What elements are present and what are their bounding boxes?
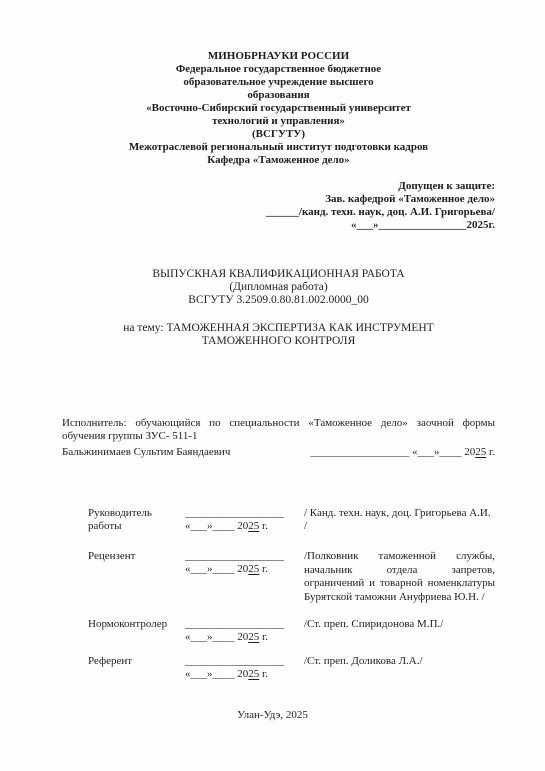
executor-date-pre: «___»____ 20 bbox=[409, 446, 475, 458]
role-label-line-1: Руководитель bbox=[88, 507, 185, 520]
role-signature-line: __________________ bbox=[185, 618, 297, 631]
approval-block: Допущен к защите: Зав. кафедрой «Таможен… bbox=[62, 180, 495, 232]
approval-date-line: «___»________________2025г. bbox=[62, 219, 495, 232]
roles-section: Руководитель работы __________________ «… bbox=[62, 507, 495, 681]
role-row-referent: Референт __________________ «___»____ 20… bbox=[88, 655, 495, 681]
city-year-footer: Улан-Удэ, 2025 bbox=[50, 709, 495, 722]
role-signature-line: __________________ bbox=[185, 507, 297, 520]
role-label-line-1: Референт bbox=[88, 655, 185, 668]
executor-signature-row: Бальжинимаев Сультим Баяндаевич ________… bbox=[62, 446, 495, 459]
role-date-post: г. bbox=[259, 563, 268, 575]
role-date-line: «___»____ 2025 г. bbox=[185, 520, 297, 533]
ministry-line: МИНОБРНАУКИ РОССИИ bbox=[62, 50, 495, 63]
executor-section: Исполнитель: обучающийся по специальност… bbox=[62, 417, 495, 459]
role-date-line: «___»____ 2025 г. bbox=[185, 668, 297, 681]
topic-line-2: ТАМОЖЕННОГО КОНТРОЛЯ bbox=[62, 335, 495, 348]
role-row-reviewer: Рецензент __________________ «___»____ 2… bbox=[88, 550, 495, 604]
role-signature-line: __________________ bbox=[185, 655, 297, 668]
role-date-year: 25 bbox=[248, 631, 259, 643]
role-date-year: 25 bbox=[248, 520, 259, 532]
university-name-line-1: «Восточно-Сибирский государственный унив… bbox=[62, 102, 495, 115]
work-code: ВСГУТУ 3.2509.0.80.81.002.0000_00 bbox=[62, 294, 495, 307]
topic-block: на тему: ТАМОЖЕННАЯ ЭКСПЕРТИЗА КАК ИНСТР… bbox=[62, 322, 495, 348]
university-abbreviation: (ВСГУТУ) bbox=[62, 128, 495, 141]
role-date-pre: «___»____ 20 bbox=[185, 631, 248, 643]
role-label-line-1: Нормоконтролер bbox=[88, 618, 185, 631]
role-person-name: /Ст. преп. Доликова Л.А./ bbox=[297, 655, 495, 668]
role-date-pre: «___»____ 20 bbox=[185, 563, 248, 575]
executor-signature-date: __________________ «___»____ 2025 г. bbox=[310, 446, 495, 459]
role-signature-line: __________________ bbox=[185, 550, 297, 563]
role-person-name: /Ст. преп. Спиридонова М.П./ bbox=[297, 618, 495, 631]
executor-signature-line: __________________ bbox=[310, 446, 409, 458]
role-date-post: г. bbox=[259, 520, 268, 532]
work-title-block: ВЫПУСКНАЯ КВАЛИФИКАЦИОННАЯ РАБОТА (Дипло… bbox=[62, 268, 495, 307]
role-row-supervisor: Руководитель работы __________________ «… bbox=[88, 507, 495, 533]
university-header: МИНОБРНАУКИ РОССИИ Федеральное государст… bbox=[62, 50, 495, 167]
role-date-year: 25 bbox=[248, 668, 259, 680]
role-signature-block: __________________ «___»____ 2025 г. bbox=[185, 655, 297, 681]
department-line: Кафедра «Таможенное дело» bbox=[62, 154, 495, 167]
approval-head-of-department: Зав. кафедрой «Таможенное дело» bbox=[62, 193, 495, 206]
role-date-post: г. bbox=[259, 631, 268, 643]
executor-date-year: 25 bbox=[475, 446, 486, 458]
institution-line-3: образования bbox=[62, 89, 495, 102]
role-date-post: г. bbox=[259, 668, 268, 680]
role-label: Референт bbox=[88, 655, 185, 668]
institution-line-1: Федеральное государственное бюджетное bbox=[62, 63, 495, 76]
role-date-year: 25 bbox=[248, 563, 259, 575]
work-subtype: (Дипломная работа) bbox=[62, 281, 495, 294]
role-label-line-1: Рецензент bbox=[88, 550, 185, 563]
executor-date-post: г. bbox=[486, 446, 495, 458]
university-name-line-2: технологий и управления» bbox=[62, 115, 495, 128]
role-row-norm-controller: Нормоконтролер __________________ «___»_… bbox=[88, 618, 495, 644]
role-date-pre: «___»____ 20 bbox=[185, 520, 248, 532]
institute-line: Межотраслевой региональный институт подг… bbox=[62, 141, 495, 154]
work-type-title: ВЫПУСКНАЯ КВАЛИФИКАЦИОННАЯ РАБОТА bbox=[62, 268, 495, 281]
role-label: Рецензент bbox=[88, 550, 185, 563]
executor-paragraph: Исполнитель: обучающийся по специальност… bbox=[62, 417, 495, 443]
role-signature-block: __________________ «___»____ 2025 г. bbox=[185, 618, 297, 644]
role-date-line: «___»____ 2025 г. bbox=[185, 563, 297, 576]
institution-line-2: образовательное учреждение высшего bbox=[62, 76, 495, 89]
approval-heading: Допущен к защите: bbox=[62, 180, 495, 193]
thesis-title-page: МИНОБРНАУКИ РОССИИ Федеральное государст… bbox=[0, 0, 545, 771]
role-date-pre: «___»____ 20 bbox=[185, 668, 248, 680]
role-signature-block: __________________ «___»____ 2025 г. bbox=[185, 550, 297, 576]
role-label: Нормоконтролер bbox=[88, 618, 185, 631]
role-label-line-2: работы bbox=[88, 520, 185, 533]
role-person-name: / Канд. техн. наук, доц. Григорьева А.И.… bbox=[297, 507, 495, 533]
role-person-name: /Полковник таможенной службы, начальник … bbox=[297, 550, 495, 604]
topic-line-1: на тему: ТАМОЖЕННАЯ ЭКСПЕРТИЗА КАК ИНСТР… bbox=[62, 322, 495, 335]
executor-name: Бальжинимаев Сультим Баяндаевич bbox=[62, 446, 230, 459]
role-date-line: «___»____ 2025 г. bbox=[185, 631, 297, 644]
role-label: Руководитель работы bbox=[88, 507, 185, 533]
role-signature-block: __________________ «___»____ 2025 г. bbox=[185, 507, 297, 533]
approval-signature-line: ______/канд. техн. наук, доц. А.И. Григо… bbox=[62, 206, 495, 219]
